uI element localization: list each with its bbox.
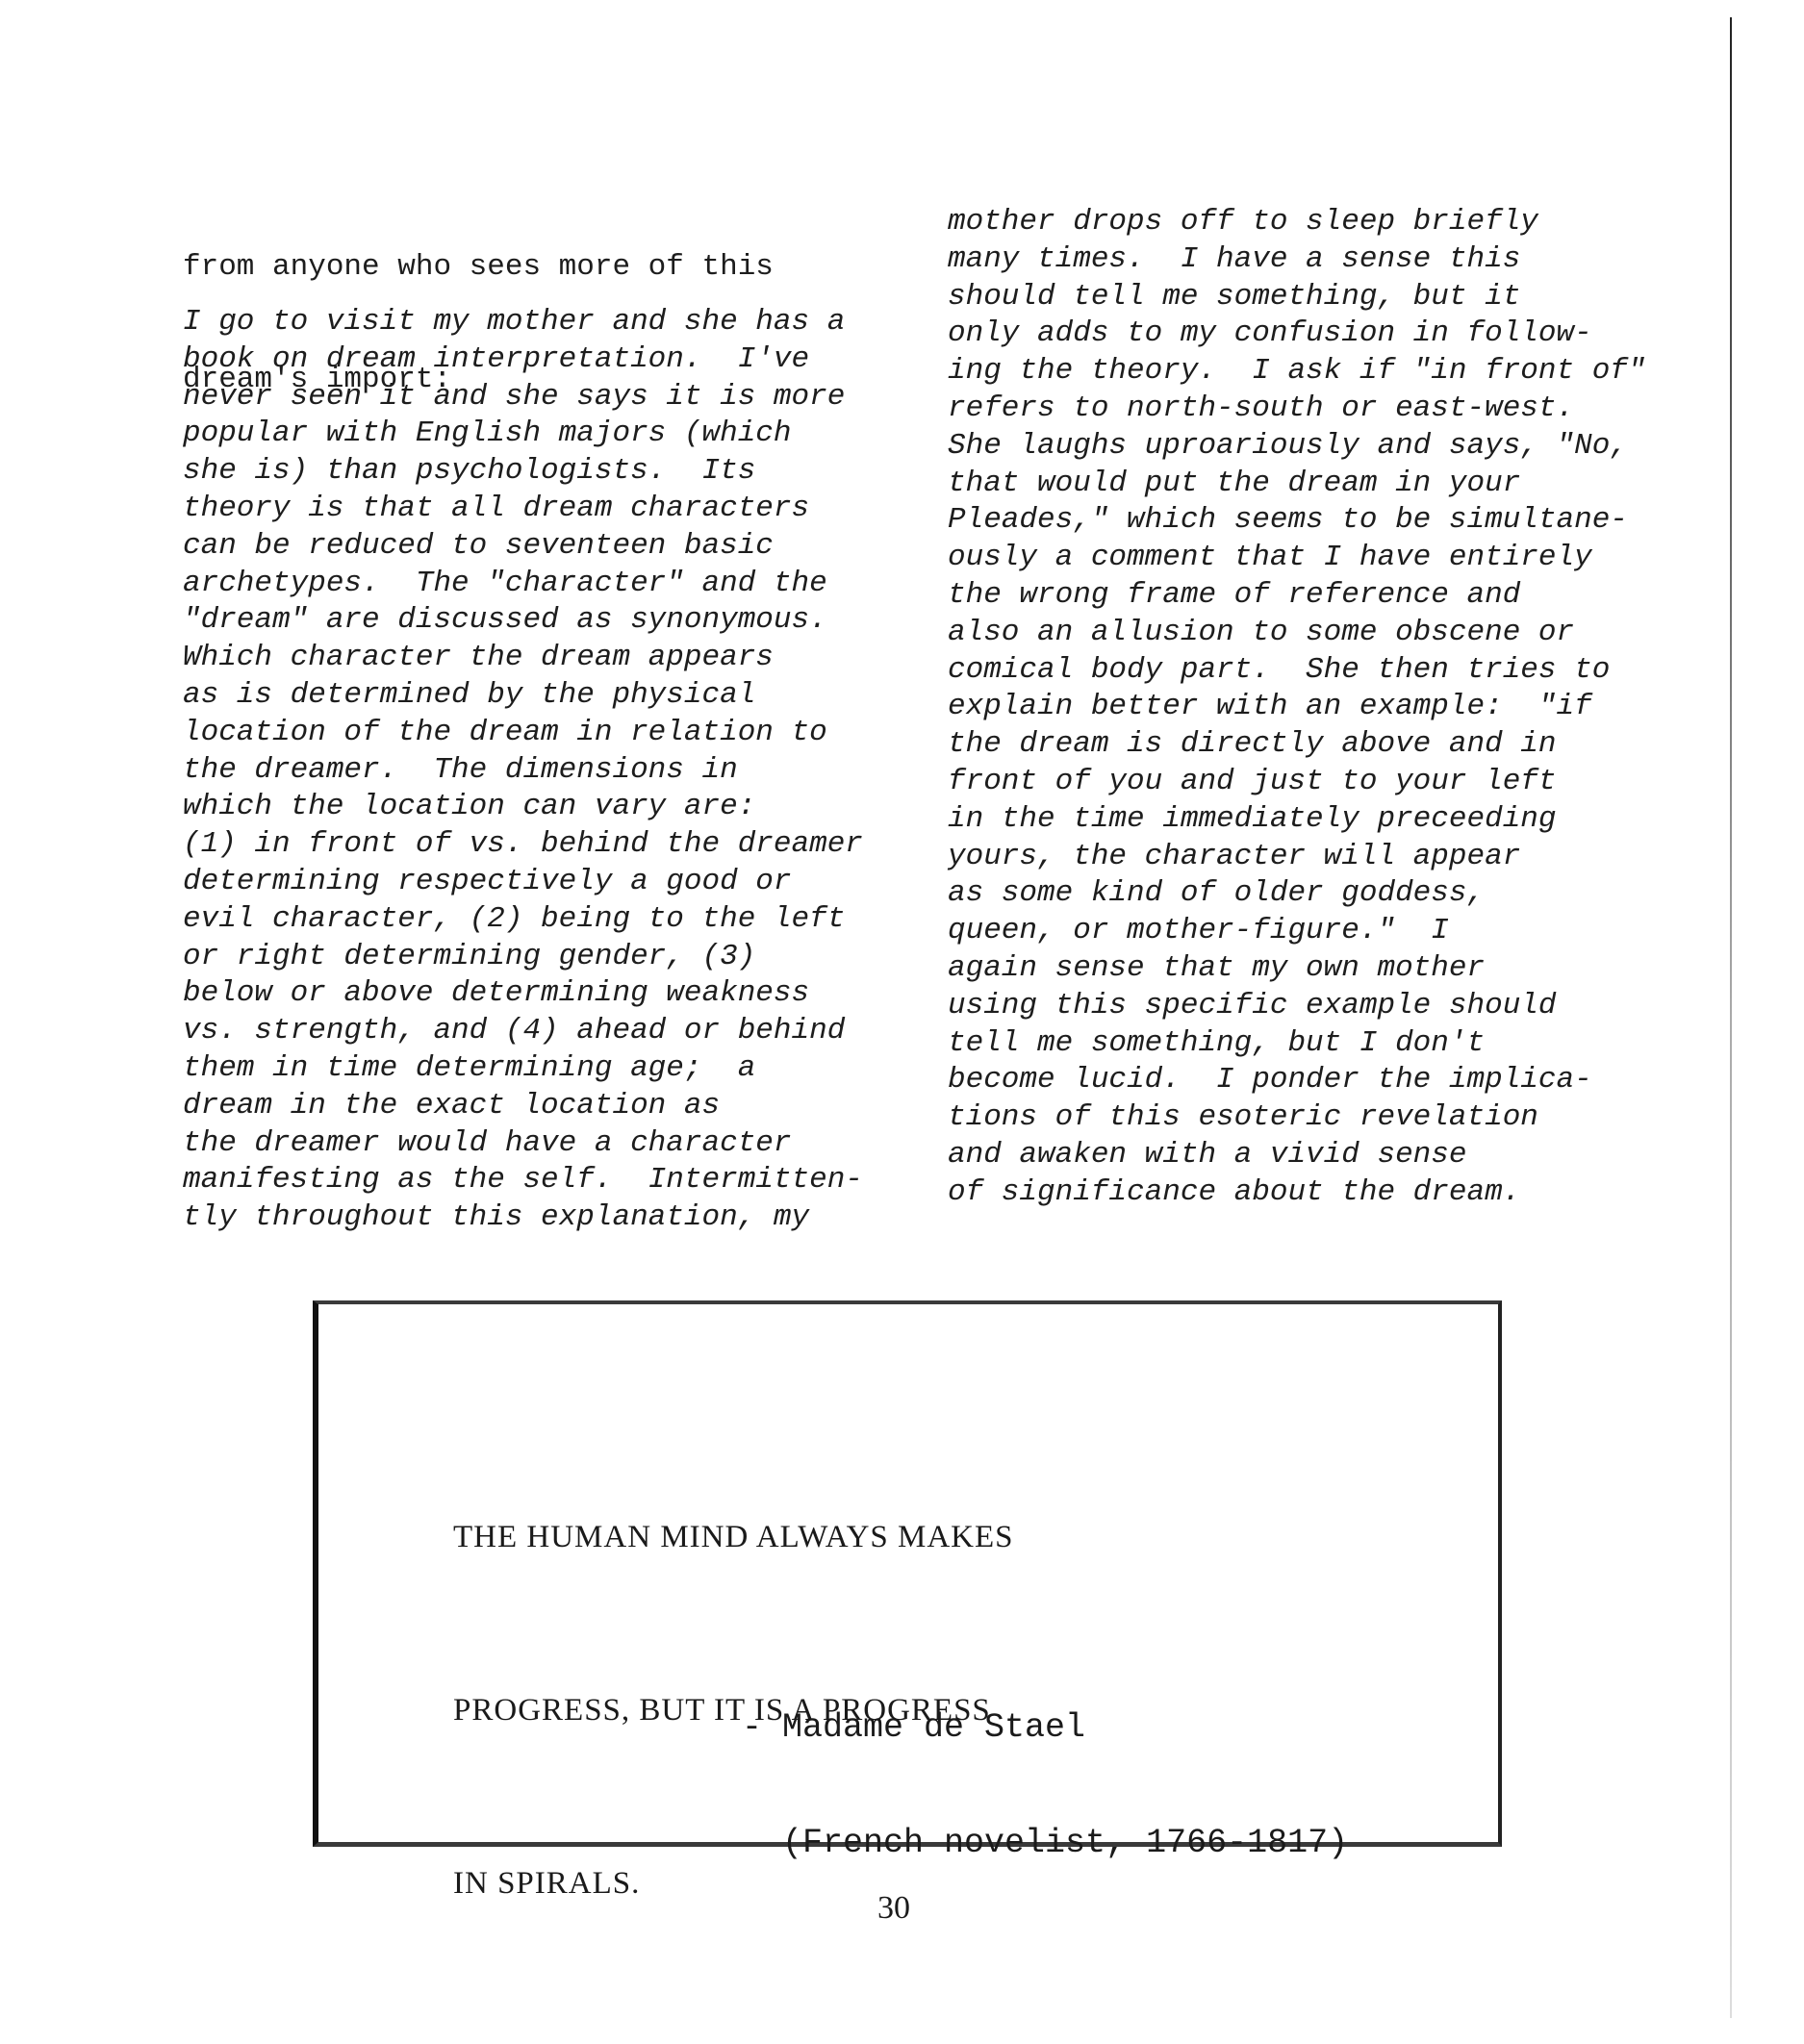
text-line: the dreamer would have a character <box>183 1125 863 1163</box>
text-line: (1) in front of vs. behind the dreamer <box>183 826 863 864</box>
quote-attribution: - Madame de Stael (French novelist, 1766… <box>742 1631 1348 1939</box>
text-line: the dreamer. The dimensions in <box>183 752 863 790</box>
scan-edge-rule <box>1730 17 1732 2018</box>
text-line: dream in the exact location as <box>183 1088 863 1125</box>
text-line: popular with English majors (which <box>183 416 863 453</box>
text-line: which the location can vary are: <box>183 789 863 826</box>
text-line: She laughs uproariously and says, "No, <box>948 428 1646 466</box>
text-line: she is) than psychologists. Its <box>183 453 863 491</box>
text-line: mother drops off to sleep briefly <box>948 204 1646 241</box>
text-line: explain better with an example: "if <box>948 689 1646 726</box>
text-line: can be reduced to seventeen basic <box>183 528 863 566</box>
document-page: from anyone who sees more of this dream'… <box>0 0 1804 2044</box>
text-line: of significance about the dream. <box>948 1174 1646 1212</box>
text-line: below or above determining weakness <box>183 975 863 1013</box>
attribution-detail: (French novelist, 1766-1817) <box>742 1824 1348 1862</box>
text-line: Pleades," which seems to be simultane- <box>948 502 1646 540</box>
text-line: them in time determining age; a <box>183 1050 863 1088</box>
text-line: the dream is directly above and in <box>948 726 1646 764</box>
page-number: 30 <box>877 1890 910 1927</box>
text-line: as some kind of older goddess, <box>948 875 1646 913</box>
intro-line: from anyone who sees more of this <box>183 248 818 286</box>
text-line: that would put the dream in your <box>948 466 1646 503</box>
text-line: front of you and just to your left <box>948 764 1646 801</box>
text-line: evil character, (2) being to the left <box>183 901 863 939</box>
text-line: yours, the character will appear <box>948 839 1646 876</box>
text-line: "dream" are discussed as synonymous. <box>183 602 863 640</box>
text-line: ing the theory. I ask if "in front of" <box>948 353 1646 391</box>
quote-box: THE HUMAN MIND ALWAYS MAKES PROGRESS, BU… <box>313 1300 1502 1847</box>
text-line: tions of this esoteric revelation <box>948 1099 1646 1137</box>
text-line: vs. strength, and (4) ahead or behind <box>183 1013 863 1050</box>
text-line: in the time immediately preceeding <box>948 801 1646 839</box>
text-line: determining respectively a good or <box>183 864 863 901</box>
text-line: location of the dream in relation to <box>183 715 863 752</box>
quote-line: THE HUMAN MIND ALWAYS MAKES <box>453 1508 1014 1566</box>
text-line: become lucid. I ponder the implica- <box>948 1062 1646 1099</box>
text-line: and awaken with a vivid sense <box>948 1137 1646 1174</box>
attribution-author: - Madame de Stael <box>742 1708 1348 1747</box>
text-line: Which character the dream appears <box>183 640 863 677</box>
text-line: queen, or mother-figure." I <box>948 913 1646 950</box>
text-line: as is determined by the physical <box>183 677 863 715</box>
text-line: refers to north-south or east-west. <box>948 391 1646 428</box>
text-line: using this specific example should <box>948 988 1646 1025</box>
text-line: the wrong frame of reference and <box>948 577 1646 615</box>
text-line: theory is that all dream characters <box>183 491 863 528</box>
text-line: ously a comment that I have entirely <box>948 540 1646 577</box>
text-line: never seen it and she says it is more <box>183 379 863 416</box>
text-line: also an allusion to some obscene or <box>948 615 1646 652</box>
text-line: manifesting as the self. Intermitten- <box>183 1162 863 1199</box>
text-line: or right determining gender, (3) <box>183 939 863 976</box>
text-line: book on dream interpretation. I've <box>183 341 863 379</box>
text-line: should tell me something, but it <box>948 279 1646 316</box>
text-line: I go to visit my mother and she has a <box>183 304 863 341</box>
text-line: only adds to my confusion in follow- <box>948 315 1646 353</box>
text-line: tly throughout this explanation, my <box>183 1199 863 1237</box>
dream-account-right-column: mother drops off to sleep brieflymany ti… <box>948 204 1646 1212</box>
text-line: comical body part. She then tries to <box>948 652 1646 690</box>
text-line: tell me something, but I don't <box>948 1025 1646 1063</box>
dream-account-left-column: I go to visit my mother and she has aboo… <box>183 304 863 1237</box>
text-line: archetypes. The "character" and the <box>183 566 863 603</box>
text-line: many times. I have a sense this <box>948 241 1646 279</box>
text-line: again sense that my own mother <box>948 950 1646 988</box>
